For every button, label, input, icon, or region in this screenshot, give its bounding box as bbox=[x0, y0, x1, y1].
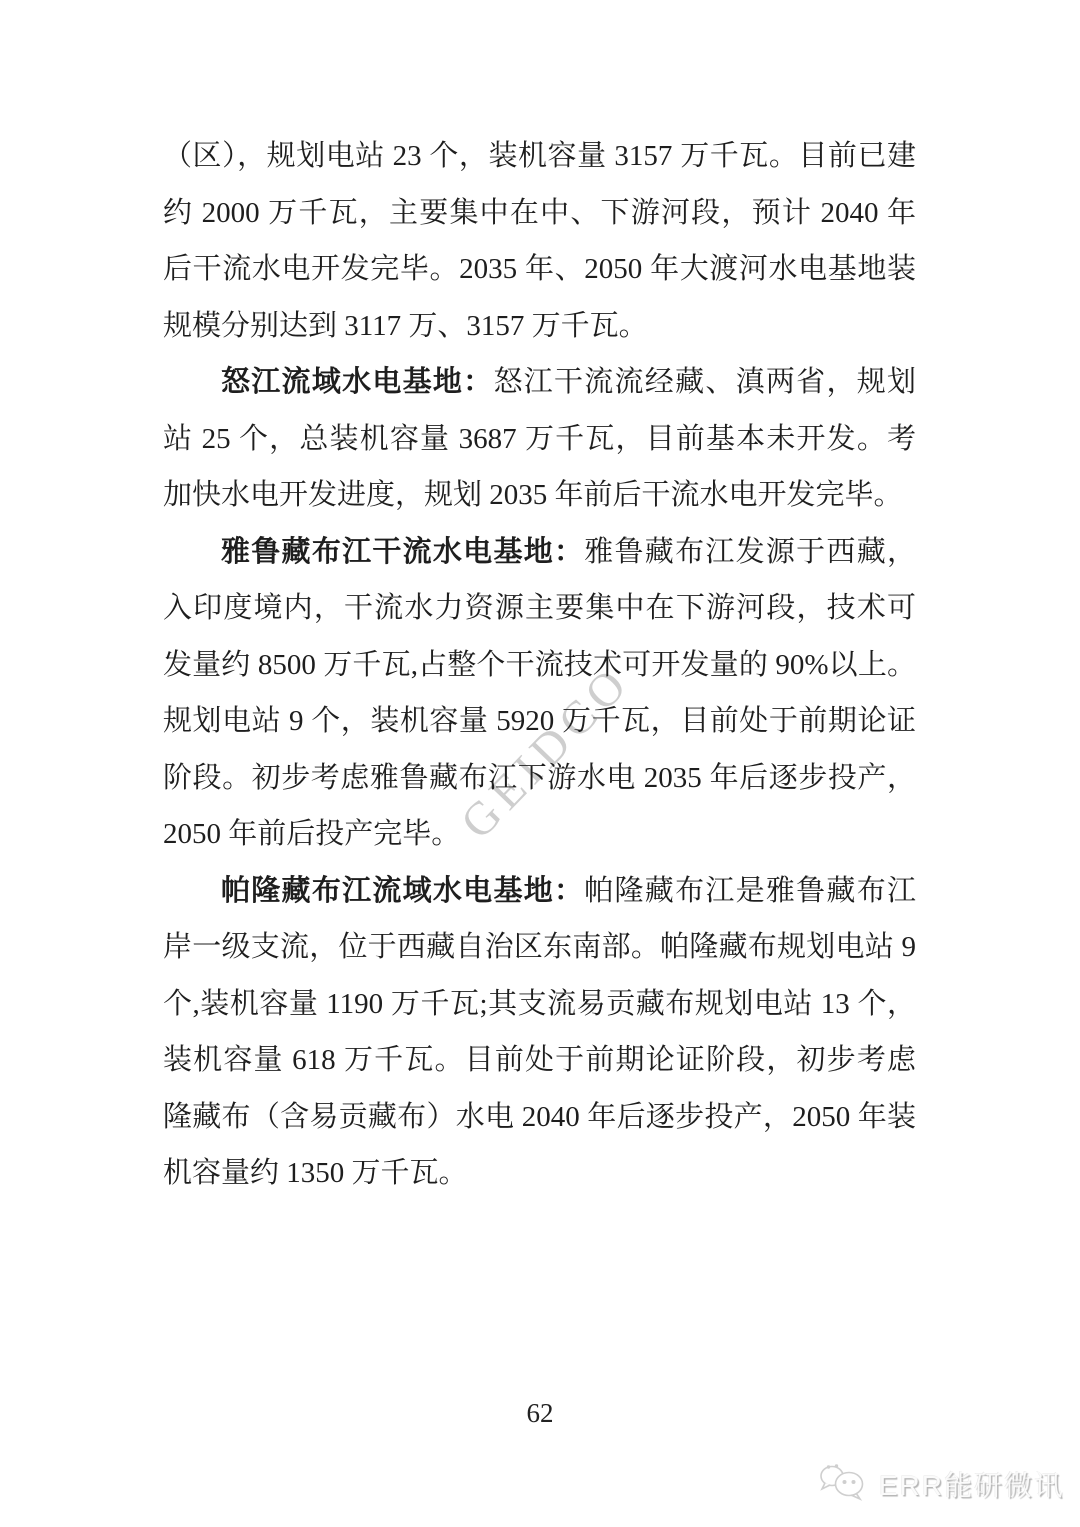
text-line: 规模分别达到 3117 万、3157 万千瓦。 bbox=[163, 298, 916, 355]
text-line: 入印度境内，干流水力资源主要集中在下游河段，技术可开 bbox=[163, 580, 916, 637]
footer-brand-label: ERR能研微讯 bbox=[879, 1464, 1064, 1504]
document-page: GEIDCO （区），规划电站 23 个，装机容量 3157 万千瓦。目前已建成… bbox=[0, 0, 1080, 1527]
text-line: 个,装机容量 1190 万千瓦;其支流易贡藏布规划电站 13 个， bbox=[163, 976, 916, 1033]
text-line: 站 25 个，总装机容量 3687 万千瓦，目前基本未开发。考虑 bbox=[163, 411, 916, 468]
text-line: 规划电站 9 个，装机容量 5920 万千瓦，目前处于前期论证 bbox=[163, 693, 916, 750]
text-line: 后干流水电开发完毕。2035 年、2050 年大渡河水电基地装机 bbox=[163, 241, 916, 298]
text-line: 加快水电开发进度，规划 2035 年前后干流水电开发完毕。 bbox=[163, 467, 916, 524]
text-line: 装机容量 618 万千瓦。目前处于前期论证阶段，初步考虑帕 bbox=[163, 1032, 916, 1089]
text-line: 隆藏布（含易贡藏布）水电 2040 年后逐步投产，2050 年装 bbox=[163, 1089, 916, 1146]
paragraph: 帕隆藏布江流域水电基地：帕隆藏布江是雅鲁藏布江左岸一级支流，位于西藏自治区东南部… bbox=[163, 863, 916, 1202]
text-line: 发量约 8500 万千瓦,占整个干流技术可开发量的 90%以上。 bbox=[163, 637, 916, 694]
paragraph: 雅鲁藏布江干流水电基地：雅鲁藏布江发源于西藏，流入印度境内，干流水力资源主要集中… bbox=[163, 524, 916, 863]
paragraph: 怒江流域水电基地：怒江干流流经藏、滇两省，规划电站 25 个，总装机容量 368… bbox=[163, 354, 916, 524]
text-line: 雅鲁藏布江干流水电基地：雅鲁藏布江发源于西藏，流 bbox=[163, 524, 916, 581]
text-line: （区），规划电站 23 个，装机容量 3157 万千瓦。目前已建成 bbox=[163, 128, 916, 185]
paragraph-lead: 帕隆藏布江流域水电基地： bbox=[221, 875, 584, 907]
text-line: 机容量约 1350 万千瓦。 bbox=[163, 1145, 916, 1202]
text-line: 岸一级支流，位于西藏自治区东南部。帕隆藏布规划电站 9 bbox=[163, 919, 916, 976]
wechat-icon bbox=[818, 1461, 870, 1506]
paragraph-lead: 怒江流域水电基地： bbox=[221, 366, 493, 398]
text-line: 阶段。初步考虑雅鲁藏布江下游水电 2035 年后逐步投产， bbox=[163, 750, 916, 807]
text-line: 约 2000 万千瓦，主要集中在中、下游河段，预计 2040 年前 bbox=[163, 185, 916, 242]
paragraph-lead: 雅鲁藏布江干流水电基地： bbox=[221, 536, 584, 568]
text-line: 怒江流域水电基地：怒江干流流经藏、滇两省，规划电 bbox=[163, 354, 916, 411]
footer-brand: ERR能研微讯 bbox=[818, 1461, 1064, 1506]
document-body: （区），规划电站 23 个，装机容量 3157 万千瓦。目前已建成约 2000 … bbox=[163, 128, 916, 1202]
page-number: 62 bbox=[0, 1398, 1080, 1429]
text-line: 2050 年前后投产完毕。 bbox=[163, 806, 916, 863]
paragraph: （区），规划电站 23 个，装机容量 3157 万千瓦。目前已建成约 2000 … bbox=[163, 128, 916, 354]
text-line: 帕隆藏布江流域水电基地：帕隆藏布江是雅鲁藏布江左 bbox=[163, 863, 916, 920]
